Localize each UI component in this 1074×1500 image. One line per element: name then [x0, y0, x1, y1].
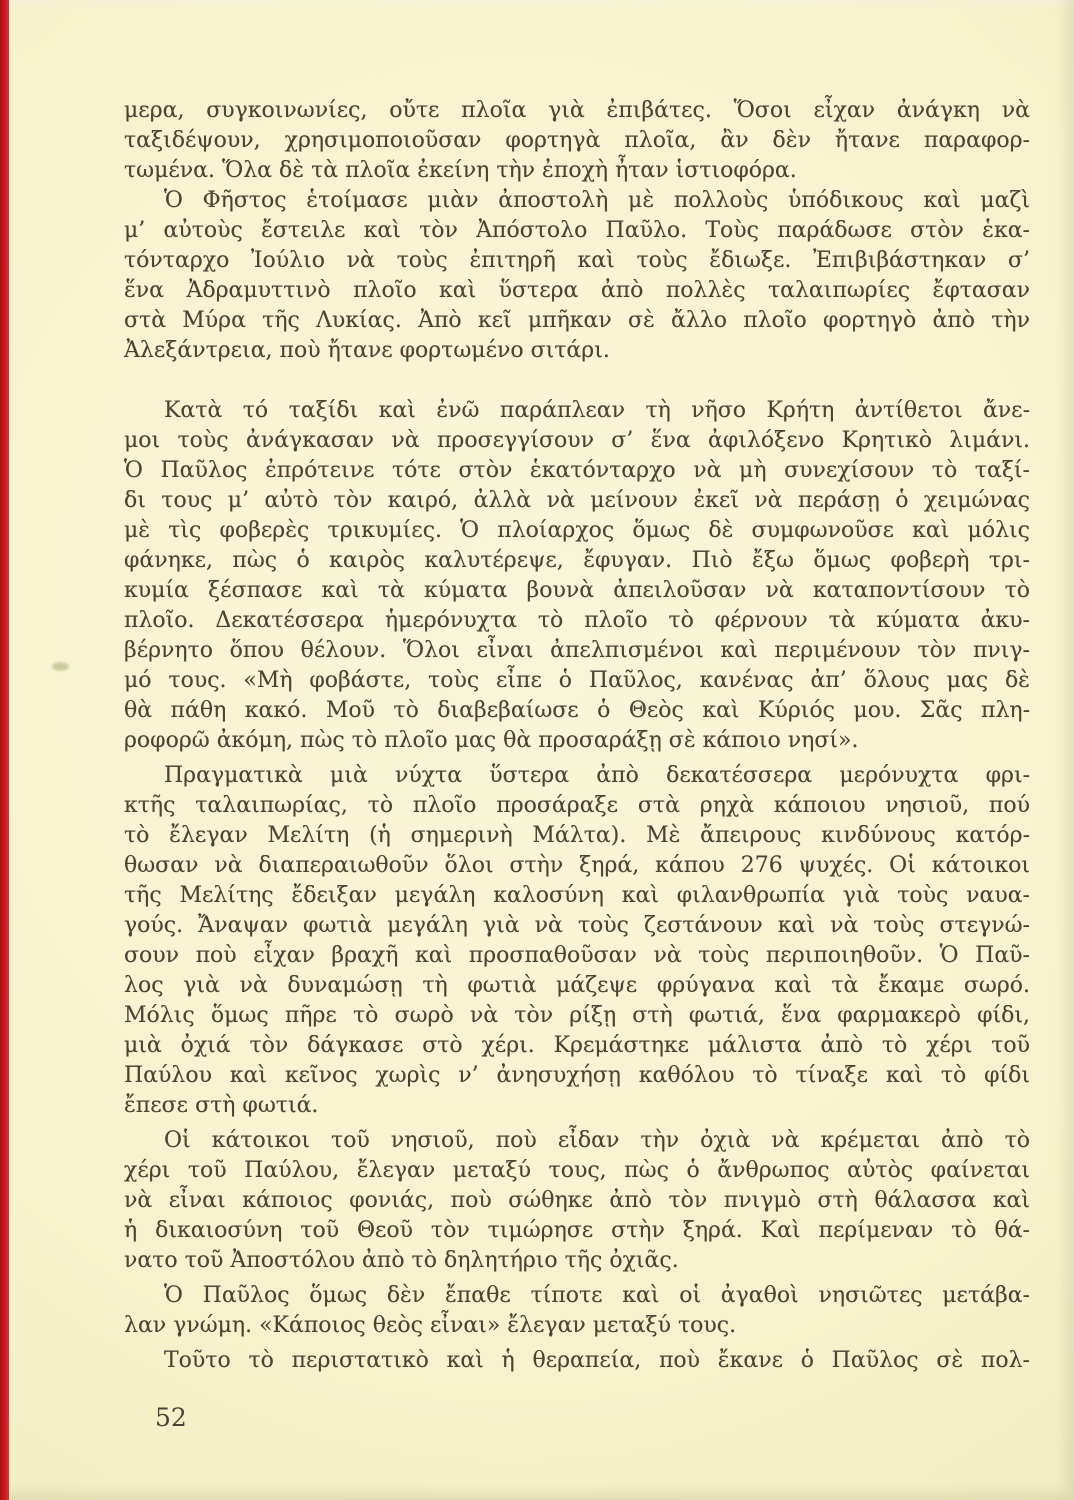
text-line: μό τους. «Μὴ φοβάστε, τοὺς εἶπε ὁ Παῦλος… — [124, 666, 1030, 696]
paragraph: Οἱ κάτοικοι τοῦ νησιοῦ, ποὺ εἶδαν τὴν ὀχ… — [124, 1126, 1030, 1276]
text-line: σουν ποὺ εἶχαν βραχῆ καὶ προσπαθοῦσαν νὰ… — [124, 941, 1030, 971]
text-line: βέρνητο ὅπου θέλουν. Ὅλοι εἶναι ἀπελπισμ… — [124, 636, 1030, 666]
paragraph: Κατὰ τό ταξίδι καὶ ἐνῶ παράπλεαν τὴ νῆσο… — [124, 396, 1030, 756]
text-line: ροφορῶ ἀκόμη, πὼς τὸ πλοῖο μας θὰ προσαρ… — [124, 726, 1030, 756]
text-line: δι τους μ’ αὐτὸ τὸν καιρό, ἀλλὰ νὰ μείνο… — [124, 486, 1030, 516]
text-line: φάνηκε, πὼς ὁ καιρὸς καλυτέρεψε, ἔφυγαν.… — [124, 546, 1030, 576]
text-line: Κατὰ τό ταξίδι καὶ ἐνῶ παράπλεαν τὴ νῆσο… — [124, 396, 1030, 426]
text-line: τωμένα. Ὅλα δὲ τὰ πλοῖα ἐκείνη τὴν ἐποχὴ… — [124, 156, 1030, 186]
text-line: μ’ αὐτοὺς ἔστειλε καὶ τὸν Ἀπόστολο Παῦλο… — [124, 216, 1030, 246]
text-line: Οἱ κάτοικοι τοῦ νησιοῦ, ποὺ εἶδαν τὴν ὀχ… — [124, 1126, 1030, 1156]
text-line: Μόλις ὅμως πῆρε τὸ σωρὸ νὰ τὸν ρίξῃ στὴ … — [124, 1001, 1030, 1031]
text-line: λαν γνώμη. «Κάποιος θεὸς εἶναι» ἔλεγαν μ… — [124, 1311, 1030, 1341]
text-line: ἔπεσε στὴ φωτιά. — [124, 1091, 1030, 1121]
paragraph: Ὁ Παῦλος ὅμως δὲν ἔπαθε τίποτε καὶ οἱ ἀγ… — [124, 1281, 1030, 1341]
text-line: κυμία ξέσπασε καὶ τὰ κύματα βουνὰ ἀπειλο… — [124, 576, 1030, 606]
text-line: μερα, συγκοινωνίες, οὔτε πλοῖα γιὰ ἐπιβά… — [124, 96, 1030, 126]
text-line: νὰ εἶναι κάποιος φονιάς, ποὺ σώθηκε ἀπὸ … — [124, 1186, 1030, 1216]
text-line: θὰ πάθη κακό. Μοῦ τὸ διαβεβαίωσε ὁ Θεὸς … — [124, 696, 1030, 726]
text-line: Παύλου καὶ κεῖνος χωρὶς ν’ ἀνησυχήσῃ καθ… — [124, 1061, 1030, 1091]
text-block: μερα, συγκοινωνίες, οὔτε πλοῖα γιὰ ἐπιβά… — [124, 96, 1030, 1376]
text-line: Ὁ Φῆστος ἑτοίμασε μιὰν ἀποστολὴ μὲ πολλο… — [124, 186, 1030, 216]
text-line: τὸ ἔλεγαν Μελίτη (ἡ σημερινὴ Μάλτα). Μὲ … — [124, 821, 1030, 851]
book-spine-red-edge — [0, 0, 9, 1500]
text-line: Ἀλεξάντρεια, ποὺ ἤτανε φορτωμένο σιτάρι. — [124, 336, 1030, 366]
text-line: τῆς Μελίτης ἔδειξαν μεγάλη καλοσύνη καὶ … — [124, 881, 1030, 911]
text-line: ταξιδέψουν, χρησιμοποιοῦσαν φορτηγὰ πλοῖ… — [124, 126, 1030, 156]
text-line: λος γιὰ νὰ δυναμώσῃ τὴ φωτιὰ μάζεψε φρύγ… — [124, 971, 1030, 1001]
text-line: στὰ Μύρα τῆς Λυκίας. Ἀπὸ κεῖ μπῆκαν σὲ ἄ… — [124, 306, 1030, 336]
text-line: μιὰ ὀχιά τὸν δάγκασε στὸ χέρι. Κρεμάστηκ… — [124, 1031, 1030, 1061]
text-line: Πραγματικὰ μιὰ νύχτα ὕστερα ἀπὸ δεκατέσσ… — [124, 761, 1030, 791]
text-line: πλοῖο. Δεκατέσσερα ἡμερόνυχτα τὸ πλοῖο τ… — [124, 606, 1030, 636]
text-line: Ὁ Παῦλος ὅμως δὲν ἔπαθε τίποτε καὶ οἱ ἀγ… — [124, 1281, 1030, 1311]
paragraph: μερα, συγκοινωνίες, οὔτε πλοῖα γιὰ ἐπιβά… — [124, 96, 1030, 186]
page-number: 52 — [155, 1403, 187, 1433]
text-line: ἕνα Ἀδραμυττινὸ πλοῖο καὶ ὕστερα ἀπὸ πολ… — [124, 276, 1030, 306]
paragraph: Ὁ Φῆστος ἑτοίμασε μιὰν ἀποστολὴ μὲ πολλο… — [124, 186, 1030, 366]
text-line: νατο τοῦ Ἀποστόλου ἀπὸ τὸ δηλητήριο τῆς … — [124, 1246, 1030, 1276]
paragraph: Τοῦτο τὸ περιστατικὸ καὶ ἡ θεραπεία, ποὺ… — [124, 1346, 1030, 1376]
text-line: τόνταρχο Ἰούλιο νὰ τοὺς ἐπιτηρῆ καὶ τοὺς… — [124, 246, 1030, 276]
text-line: ἡ δικαιοσύνη τοῦ Θεοῦ τὸν τιμώρησε στὴν … — [124, 1216, 1030, 1246]
text-line: Ὁ Παῦλος ἐπρότεινε τότε στὸν ἑκατόνταρχο… — [124, 456, 1030, 486]
paragraph: Πραγματικὰ μιὰ νύχτα ὕστερα ἀπὸ δεκατέσσ… — [124, 761, 1030, 1121]
text-line: μὲ τὶς φοβερὲς τρικυμίες. Ὁ πλοίαρχος ὅμ… — [124, 516, 1030, 546]
text-line: θωσαν νὰ διαπεραιωθοῦν ὅλοι στὴν ξηρά, κ… — [124, 851, 1030, 881]
text-line: μοι τοὺς ἀνάγκασαν νὰ προσεγγίσουν σ’ ἕν… — [124, 426, 1030, 456]
text-line: χέρι τοῦ Παύλου, ἔλεγαν μεταξύ τους, πὼς… — [124, 1156, 1030, 1186]
text-line: Τοῦτο τὸ περιστατικὸ καὶ ἡ θεραπεία, ποὺ… — [124, 1346, 1030, 1376]
ink-smudge-artifact — [52, 662, 69, 671]
text-line: κτῆς ταλαιπωρίας, τὸ πλοῖο προσάραξε στὰ… — [124, 791, 1030, 821]
text-line: γούς. Ἄναψαν φωτιὰ μεγάλη γιὰ νὰ τοὺς ζε… — [124, 911, 1030, 941]
